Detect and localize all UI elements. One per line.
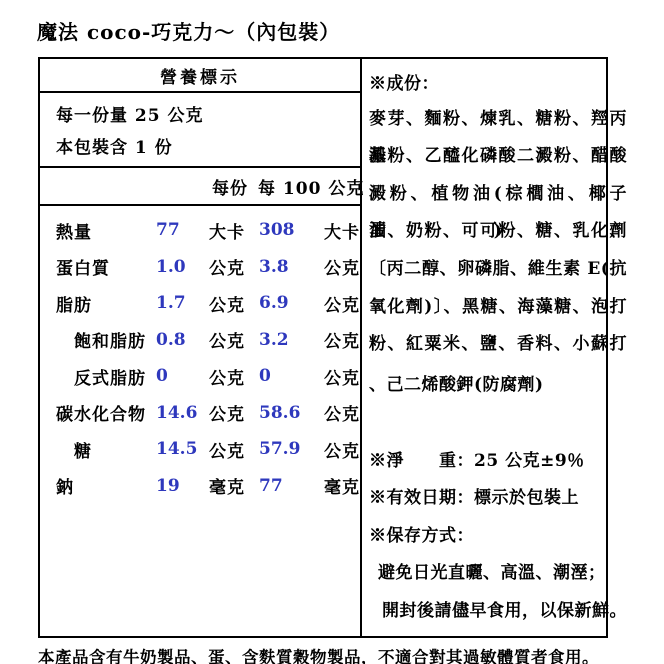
nutrient-value-per-100g: 308 bbox=[252, 220, 322, 240]
col-header-per-serving: 每份 bbox=[150, 174, 250, 199]
nutrient-unit-per-serving: 公克 bbox=[207, 400, 252, 425]
nutrient-value-per-serving: 1.7 bbox=[152, 293, 207, 313]
nutrient-value-per-100g: 3.8 bbox=[252, 257, 322, 277]
nutrient-value-per-serving: 1.0 bbox=[152, 257, 207, 277]
nutrient-unit-per-serving: 公克 bbox=[207, 254, 252, 279]
nutrient-row-protein: 蛋白質 1.0 公克 3.8 公克 bbox=[40, 249, 360, 286]
nutrient-value-per-serving: 77 bbox=[152, 220, 207, 240]
storage-line: 開封後請儘早食用，以保新鮮。 bbox=[369, 590, 627, 628]
nutrient-unit-per-100g: 公克 bbox=[322, 400, 360, 425]
nutrient-label: 蛋白質 bbox=[40, 254, 152, 279]
nutrient-row-trans-fat: 反式脂肪 0 公克 0 公克 bbox=[40, 358, 360, 395]
nutrition-header: 營養標示 bbox=[40, 59, 360, 93]
nutrient-label: 熱量 bbox=[40, 218, 152, 243]
page-title: 魔法 coco-巧克力～（內包裝） bbox=[37, 16, 340, 45]
ingredients-line: 麥芽、麵粉、煉乳、糖粉、羥丙基 bbox=[369, 101, 627, 139]
nutrient-value-per-100g: 6.9 bbox=[252, 293, 322, 313]
col-header-per-100g: 每 100 公克 bbox=[250, 174, 360, 199]
nutrient-value-per-serving: 14.5 bbox=[152, 439, 207, 459]
nutrient-unit-per-serving: 大卡 bbox=[207, 218, 252, 243]
expiry-line: ※有效日期：標示於包裝上 bbox=[369, 477, 627, 515]
nutrient-label: 反式脂肪 bbox=[40, 364, 152, 389]
column-header-row: 每份 每 100 公克 bbox=[40, 168, 360, 206]
nutrient-unit-per-serving: 公克 bbox=[207, 364, 252, 389]
nutrient-unit-per-100g: 公克 bbox=[322, 291, 360, 316]
ingredients-panel: ※成份： 麥芽、麵粉、煉乳、糖粉、羥丙基 澱粉、乙醯化磷酸二澱粉、醋酸 澱粉、植… bbox=[362, 59, 632, 636]
panel-spacer bbox=[369, 401, 627, 439]
nutrient-unit-per-serving: 公克 bbox=[207, 327, 252, 352]
nutrient-label: 鈉 bbox=[40, 473, 152, 498]
ingredients-line: 澱粉、乙醯化磷酸二澱粉、醋酸 bbox=[369, 138, 627, 176]
net-weight-line: ※淨 重：25 公克±9％ bbox=[369, 439, 627, 477]
nutrient-value-per-100g: 57.9 bbox=[252, 439, 322, 459]
nutrient-label: 碳水化合物 bbox=[40, 400, 152, 425]
ingredients-line: 氧化劑)〕、黑糖、海藻糖、泡打 bbox=[369, 289, 627, 327]
nutrient-row-fat: 脂肪 1.7 公克 6.9 公克 bbox=[40, 285, 360, 322]
nutrient-unit-per-100g: 公克 bbox=[322, 437, 360, 462]
nutrient-value-per-100g: 77 bbox=[252, 476, 322, 496]
ingredients-line: 澱粉、植物油(棕櫚油、椰子油)、 bbox=[369, 176, 627, 214]
nutrient-value-per-100g: 0 bbox=[252, 366, 322, 386]
nutrient-unit-per-100g: 公克 bbox=[322, 327, 360, 352]
nutrient-unit-per-100g: 毫克 bbox=[322, 473, 360, 498]
nutrient-unit-per-serving: 公克 bbox=[207, 437, 252, 462]
nutrition-label-page: 魔法 coco-巧克力～（內包裝） 營養標示 每一份量 25 公克 本包裝含 1… bbox=[0, 0, 664, 664]
nutrient-unit-per-100g: 公克 bbox=[322, 254, 360, 279]
ingredients-line: 、己二烯酸鉀(防腐劑) bbox=[369, 364, 627, 402]
nutrient-value-per-serving: 19 bbox=[152, 476, 207, 496]
nutrient-unit-per-serving: 公克 bbox=[207, 291, 252, 316]
nutrient-row-carbohydrate: 碳水化合物 14.6 公克 58.6 公克 bbox=[40, 395, 360, 432]
nutrient-value-per-serving: 0 bbox=[152, 366, 207, 386]
nutrient-row-calories: 熱量 77 大卡 308 大卡 bbox=[40, 212, 360, 249]
nutrient-value-per-100g: 3.2 bbox=[252, 330, 322, 350]
nutrient-unit-per-serving: 毫克 bbox=[207, 473, 252, 498]
serving-size-line: 每一份量 25 公克 bbox=[56, 101, 360, 126]
nutrient-label: 飽和脂肪 bbox=[40, 327, 152, 352]
package-servings-line: 本包裝含 1 份 bbox=[56, 133, 360, 158]
nutrient-value-per-100g: 58.6 bbox=[252, 403, 322, 423]
ingredients-heading: ※成份： bbox=[369, 63, 627, 101]
storage-line: 避免日光直曬、高溫、潮溼； bbox=[369, 552, 627, 590]
nutrient-unit-per-100g: 大卡 bbox=[322, 218, 360, 243]
serving-info: 每一份量 25 公克 本包裝含 1 份 bbox=[40, 93, 360, 168]
nutrient-value-per-serving: 14.6 bbox=[152, 403, 207, 423]
ingredients-line: 粉、紅粟米、鹽、香料、小蘇打 bbox=[369, 326, 627, 364]
nutrient-label: 脂肪 bbox=[40, 291, 152, 316]
storage-heading: ※保存方式： bbox=[369, 515, 627, 553]
allergen-footer: 本產品含有牛奶製品、蛋、含麩質穀物製品，不適合對其過敏體質者食用。 bbox=[38, 644, 599, 664]
nutrient-row-sugar: 糖 14.5 公克 57.9 公克 bbox=[40, 431, 360, 468]
nutrient-row-sodium: 鈉 19 毫克 77 毫克 bbox=[40, 468, 360, 505]
label-table: 營養標示 每一份量 25 公克 本包裝含 1 份 每份 每 100 公克 熱量 … bbox=[38, 57, 608, 638]
nutrition-panel: 營養標示 每一份量 25 公克 本包裝含 1 份 每份 每 100 公克 熱量 … bbox=[40, 59, 362, 636]
nutrient-row-saturated-fat: 飽和脂肪 0.8 公克 3.2 公克 bbox=[40, 322, 360, 359]
nutrient-value-per-serving: 0.8 bbox=[152, 330, 207, 350]
nutrient-unit-per-100g: 公克 bbox=[322, 364, 360, 389]
ingredients-line: 〔丙二醇、卵磷脂、維生素 E(抗 bbox=[369, 251, 627, 289]
nutrient-label: 糖 bbox=[40, 437, 152, 462]
ingredients-line: 蛋、奶粉、可可粉、糖、乳化劑 bbox=[369, 213, 627, 251]
nutrient-rows: 熱量 77 大卡 308 大卡 蛋白質 1.0 公克 3.8 公克 脂肪 1.7… bbox=[40, 206, 360, 636]
